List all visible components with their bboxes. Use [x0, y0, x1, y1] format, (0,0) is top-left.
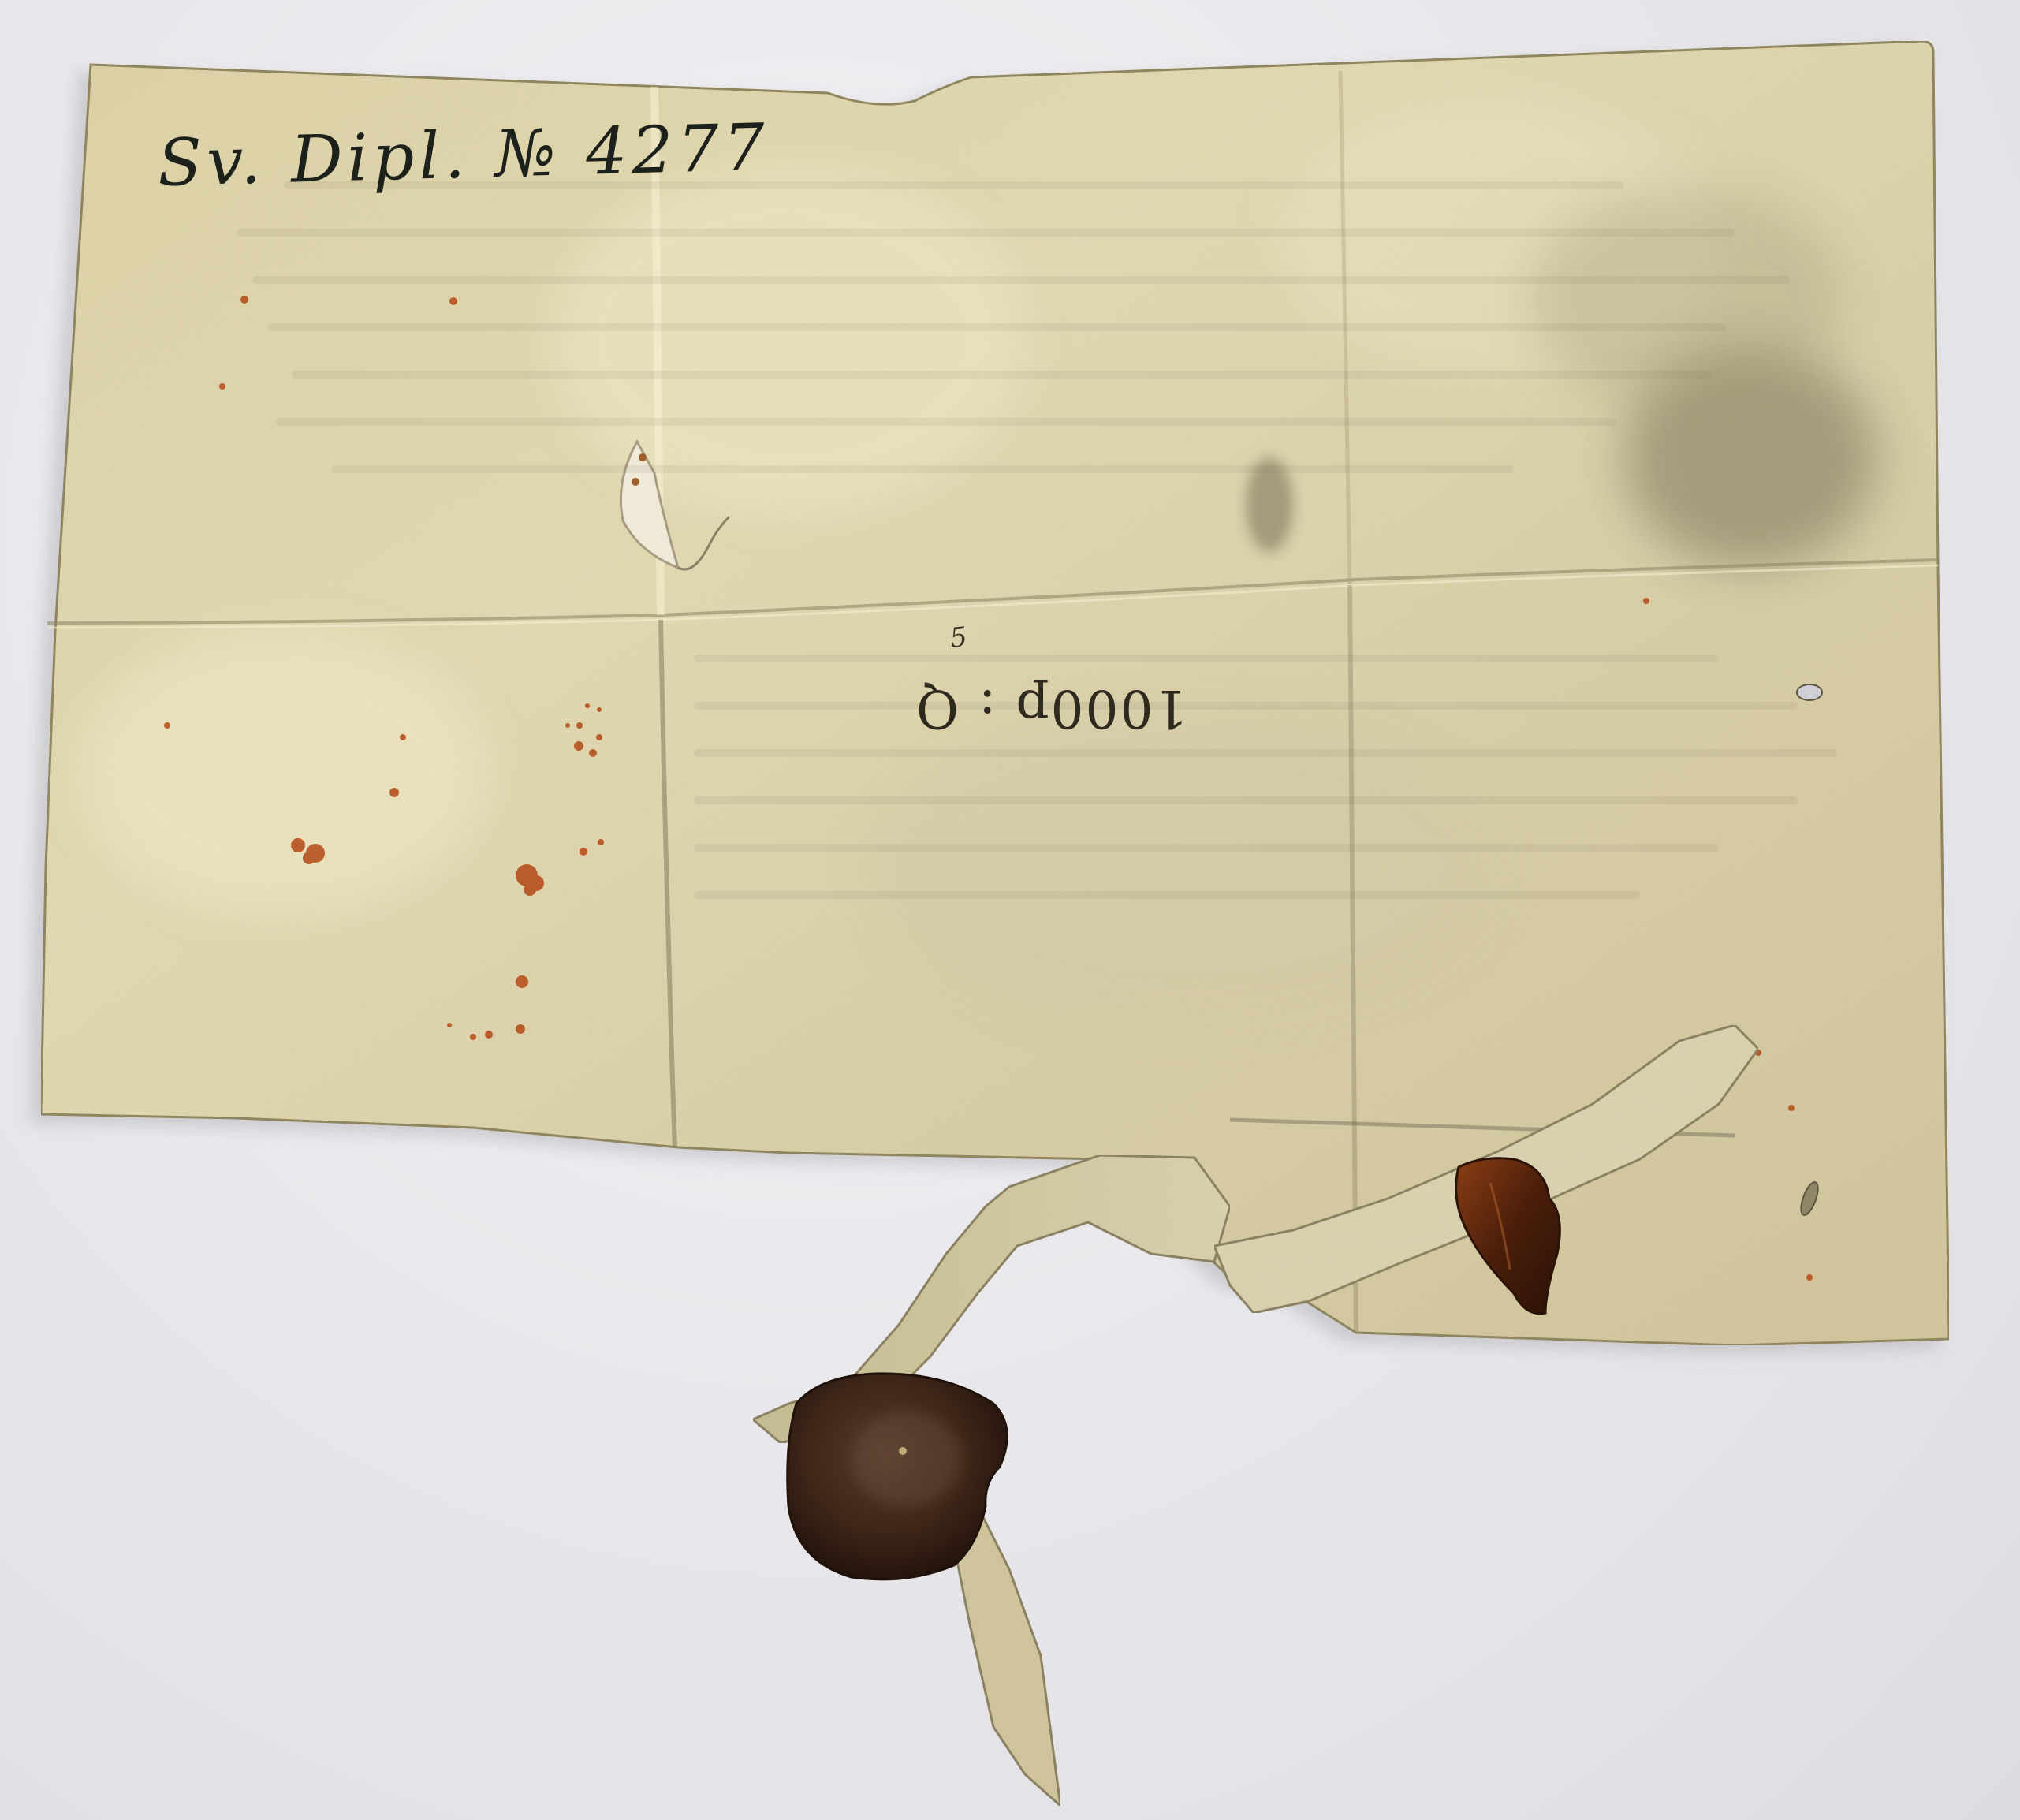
charter-illustration: [0, 0, 2020, 1820]
archive-note: 1000p : Q: [915, 678, 1188, 739]
folio-number: 5: [949, 621, 969, 655]
shelfmark-annotation: Sv. Dipl. № 4277: [157, 110, 770, 201]
photo-stage: Sv. Dipl. № 4277 5 1000p : Q: [0, 0, 2020, 1820]
